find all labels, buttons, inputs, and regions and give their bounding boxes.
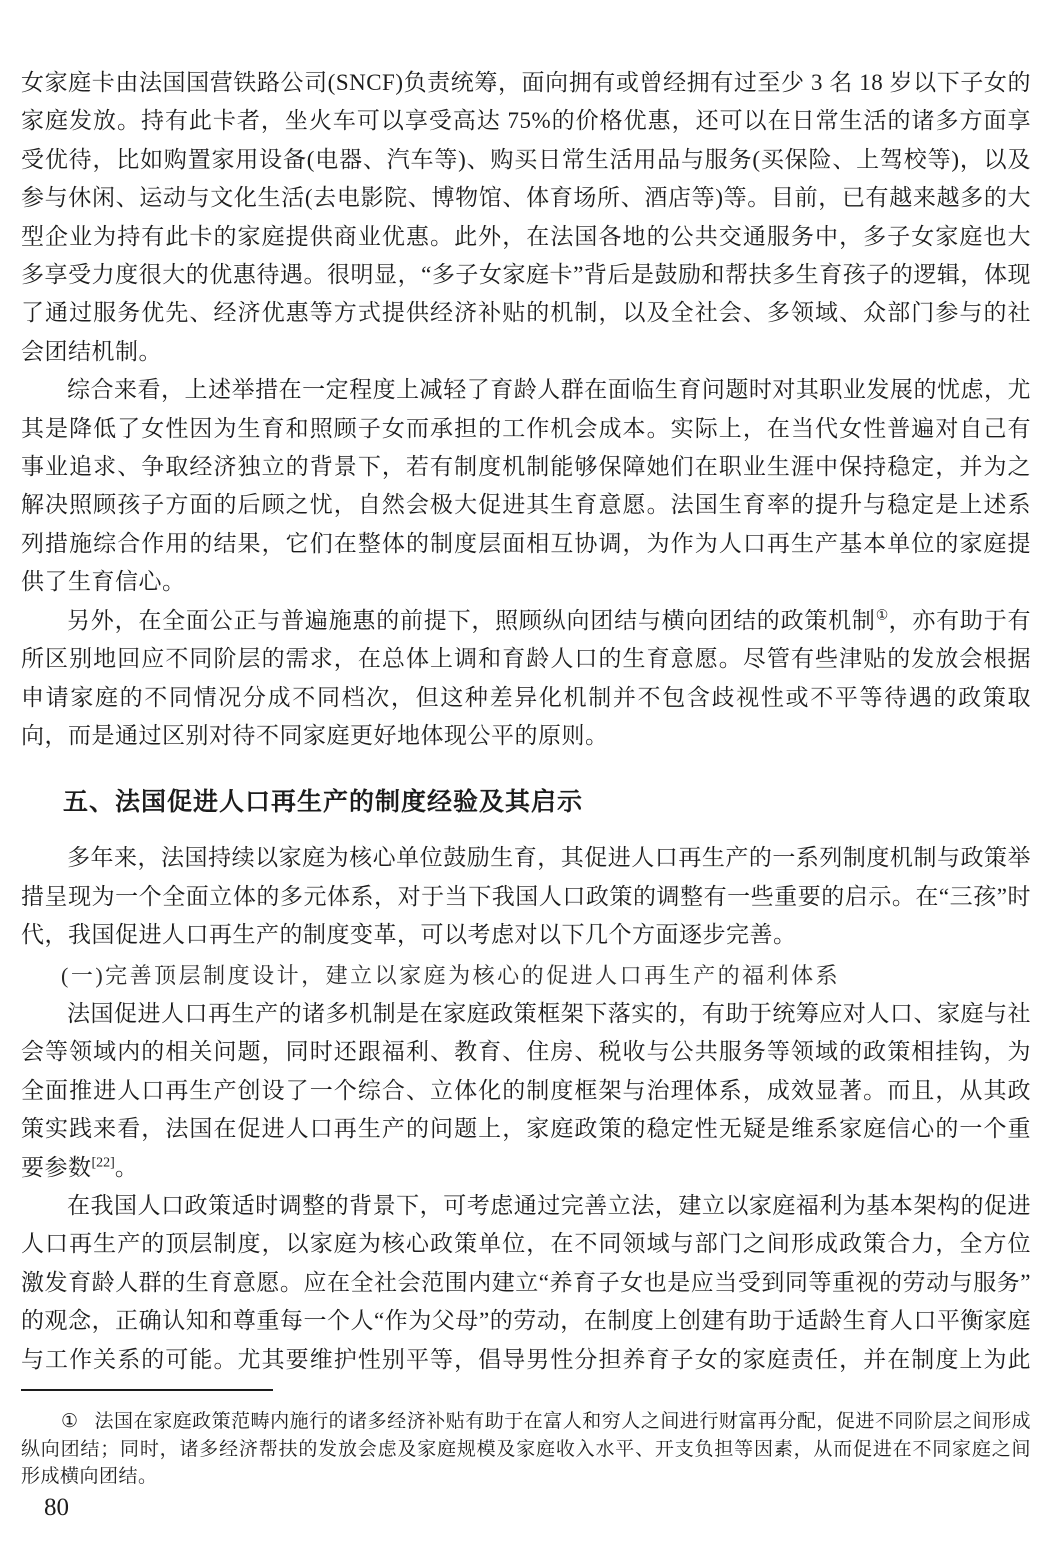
paragraph: 另外，在全面公正与普遍施惠的前提下，照顾纵向团结与横向团结的政策机制①，亦有助于… xyxy=(21,602,1031,756)
paragraph: 综合来看，上述举措在一定程度上减轻了育龄人群在面临生育问题时对其职业发展的忧虑，… xyxy=(21,371,1031,601)
page-number: 80 xyxy=(44,1494,69,1522)
section-heading: 五、法国促进人口再生产的制度经验及其启示 xyxy=(63,785,1031,819)
footnote-ref: ① xyxy=(876,608,889,623)
footnote-text: 法国在家庭政策范畴内施行的诸多经济补贴有助于在富人和穷人之间进行财富再分配，促进… xyxy=(21,1411,1031,1487)
document-page: 女家庭卡由法国国营铁路公司(SNCF)负责统筹，面向拥有或曾经拥有过至少 3 名… xyxy=(0,0,1045,1548)
footnote-area: ①法国在家庭政策范畴内施行的诸多经济补贴有助于在富人和穷人之间进行财富再分配，促… xyxy=(21,1381,1031,1548)
article-body: 女家庭卡由法国国营铁路公司(SNCF)负责统筹，面向拥有或曾经拥有过至少 3 名… xyxy=(21,64,1031,1533)
footnote: ①法国在家庭政策范畴内施行的诸多经济补贴有助于在富人和穷人之间进行财富再分配，促… xyxy=(21,1408,1031,1491)
paragraph: 多年来，法国持续以家庭为核心单位鼓励生育，其促进人口再生产的一系列制度机制与政策… xyxy=(21,839,1031,954)
footnote-marker: ① xyxy=(61,1411,79,1432)
paragraph: 女家庭卡由法国国营铁路公司(SNCF)负责统筹，面向拥有或曾经拥有过至少 3 名… xyxy=(21,64,1031,371)
citation-ref: [22] xyxy=(92,1155,115,1170)
paragraph: 法国促进人口再生产的诸多机制是在家庭政策框架下落实的，有助于统筹应对人口、家庭与… xyxy=(21,995,1031,1187)
subsection-heading: (一)完善顶层制度设计，建立以家庭为核心的促进人口再生产的福利体系 xyxy=(21,957,1031,995)
footnote-divider xyxy=(21,1389,273,1391)
